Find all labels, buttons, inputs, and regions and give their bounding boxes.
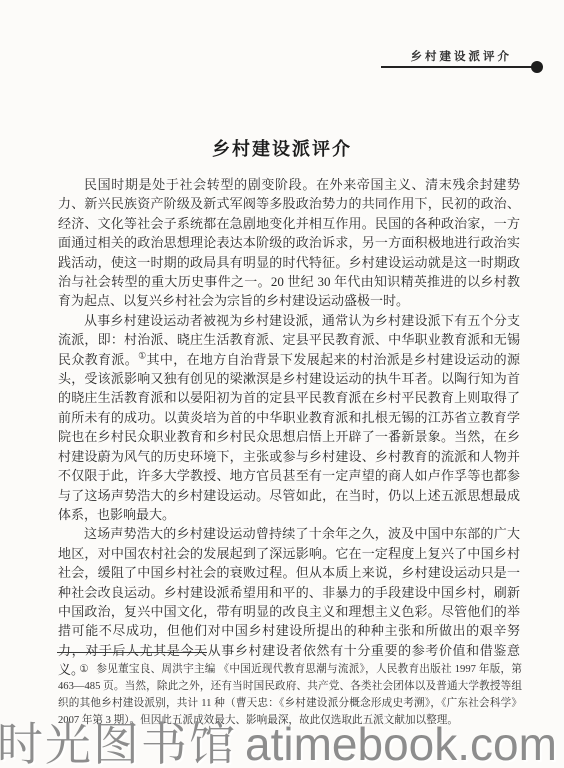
paragraph-2: 从事乡村建设运动者被视为乡村建设派，通常认为乡村建设派下有五个分支流派，即：村治… — [58, 311, 520, 524]
paragraph-3: 这场声势浩大的乡村建设运动曾持续了十余年之久，波及中国中东部的广大地区，对中国农… — [58, 524, 520, 679]
watermark-chinese-text: 时光图书馆 — [0, 718, 237, 768]
footnote-separator-rule — [57, 652, 207, 653]
article-body: 民国时期是处于社会转型的剧变阶段。在外来帝国主义、清末残余封建势力、新兴民族资产… — [58, 175, 520, 680]
header-rule — [381, 66, 537, 68]
running-head: 乡村建设派评介 — [411, 48, 513, 64]
paragraph-1: 民国时期是处于社会转型的剧变阶段。在外来帝国主义、清末残余封建势力、新兴民族资产… — [58, 175, 520, 311]
footnote-reference-marker: ① — [138, 350, 146, 360]
watermark: 时光图书馆atimebook.com — [0, 708, 557, 768]
paragraph-2-text-after-note: 其中，在地方自治背景下发展起来的村治派是乡村建设运动的源头，受该派影响又独有创见… — [58, 352, 520, 522]
header-dot — [531, 61, 543, 73]
book-page: 乡村建设派评介 乡村建设派评介 民国时期是处于社会转型的剧变阶段。在外来帝国主义… — [0, 0, 564, 768]
watermark-domain-text: atimebook.com — [245, 718, 557, 768]
page-title: 乡村建设派评介 — [0, 135, 564, 161]
footnote-marker: ① — [79, 664, 89, 675]
